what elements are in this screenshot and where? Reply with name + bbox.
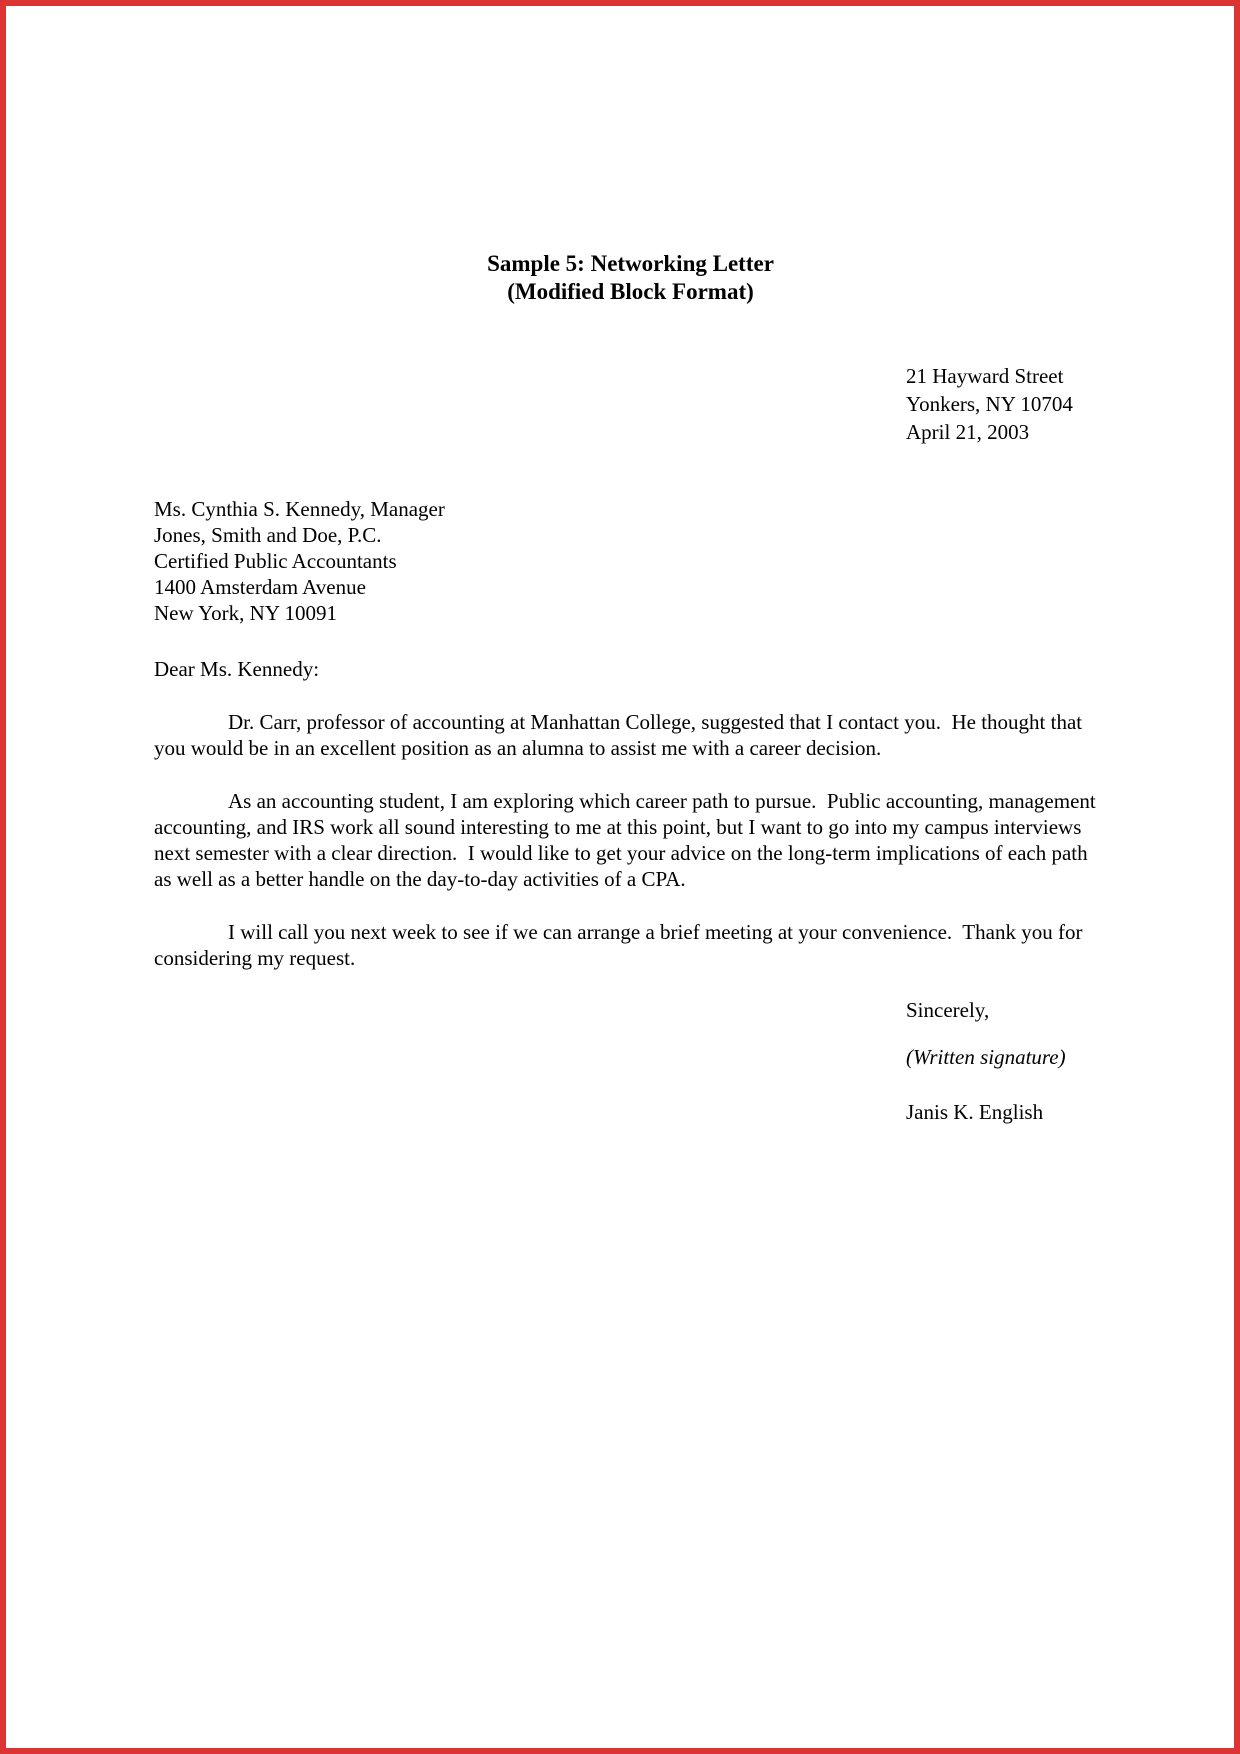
sender-address: 21 Hayward Street Yonkers, NY 10704 Apri…	[906, 362, 1107, 446]
recipient-company: Jones, Smith and Doe, P.C.	[154, 522, 1107, 548]
letter-content: Sample 5: Networking Letter (Modified Bl…	[6, 250, 1234, 1125]
letter-title-line2: (Modified Block Format)	[154, 278, 1107, 306]
body-paragraph-3: I will call you next week to see if we c…	[154, 919, 1107, 971]
closing-block: Sincerely, (Written signature) Janis K. …	[906, 997, 1107, 1125]
letter-title-line1: Sample 5: Networking Letter	[154, 250, 1107, 278]
body-paragraph-1: Dr. Carr, professor of accounting at Man…	[154, 709, 1107, 761]
recipient-company-descriptor: Certified Public Accountants	[154, 548, 1107, 574]
recipient-city: New York, NY 10091	[154, 600, 1107, 626]
sender-city: Yonkers, NY 10704	[906, 390, 1107, 418]
salutation: Dear Ms. Kennedy:	[154, 656, 1107, 682]
letter-title: Sample 5: Networking Letter (Modified Bl…	[154, 250, 1107, 306]
letter-page: Sample 5: Networking Letter (Modified Bl…	[0, 0, 1240, 1754]
body-paragraph-2: As an accounting student, I am exploring…	[154, 788, 1107, 892]
recipient-name: Ms. Cynthia S. Kennedy, Manager	[154, 496, 1107, 522]
recipient-street: 1400 Amsterdam Avenue	[154, 574, 1107, 600]
sender-street: 21 Hayward Street	[906, 362, 1107, 390]
letter-date: April 21, 2003	[906, 418, 1107, 446]
recipient-address: Ms. Cynthia S. Kennedy, Manager Jones, S…	[154, 496, 1107, 626]
signature-note: (Written signature)	[906, 1044, 1107, 1070]
signed-name: Janis K. English	[906, 1099, 1107, 1125]
valediction: Sincerely,	[906, 997, 1107, 1023]
